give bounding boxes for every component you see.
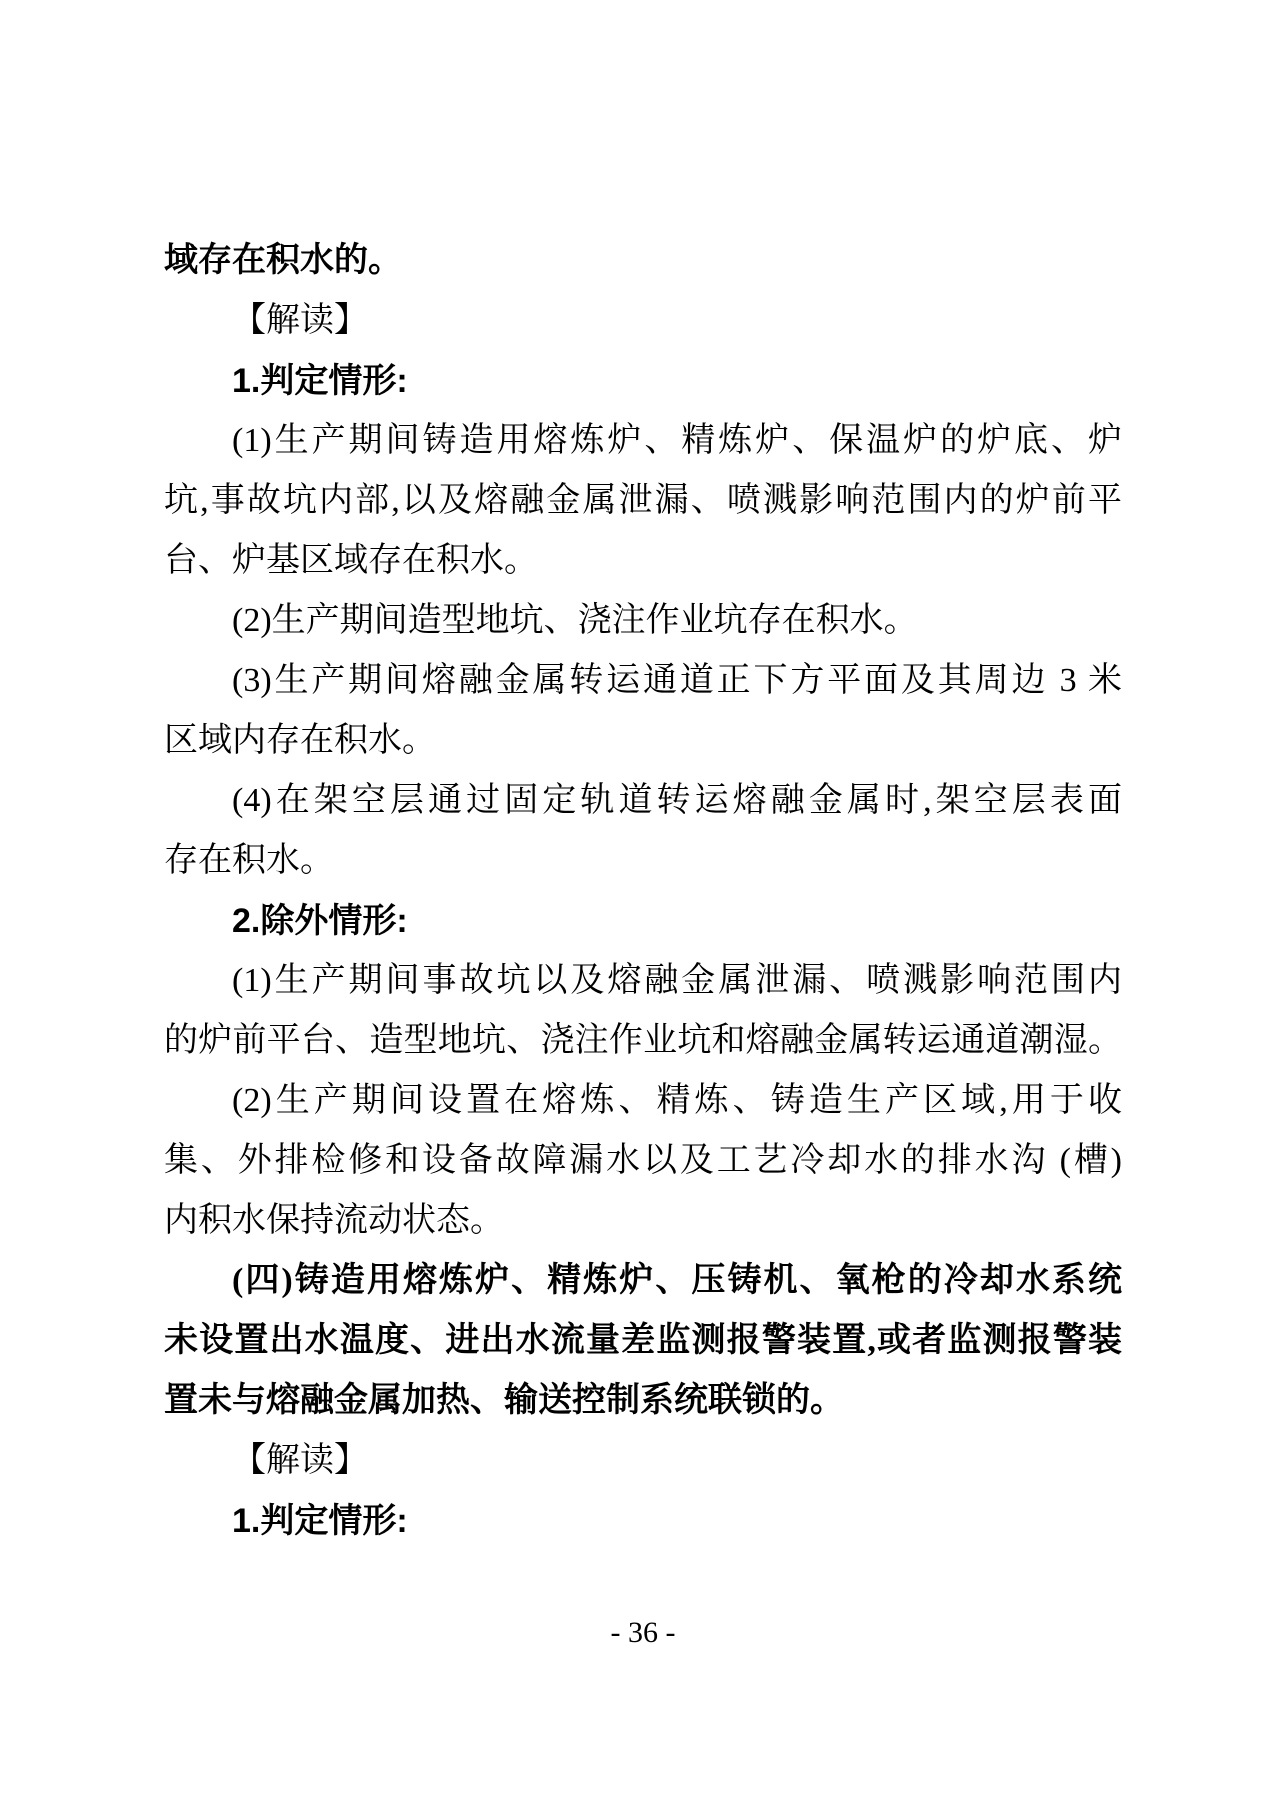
page-body: 域存在积水的。 【解读】 1.判定情形: (1)生产期间铸造用熔炼炉、精炼炉、保…: [164, 0, 1122, 1653]
clause-line: (1)生产期间事故坑以及熔融金属泄漏、喷溅影响范围内: [164, 951, 1122, 1011]
clause-line: (3)生产期间熔融金属转运通道正下方平面及其周边 3 米: [164, 651, 1122, 711]
bold-clause-line: (四)铸造用熔炼炉、精炼炉、压铸机、氧枪的冷却水系统: [164, 1251, 1122, 1311]
clause-line: (1)生产期间铸造用熔炼炉、精炼炉、保温炉的炉底、炉: [164, 411, 1122, 471]
clause-line: (2)生产期间设置在熔炼、精炼、铸造生产区域,用于收: [164, 1071, 1122, 1131]
bold-clause-line: 置未与熔融金属加热、输送控制系统联锁的。: [164, 1371, 1122, 1431]
clause-line: (2)生产期间造型地坑、浇注作业坑存在积水。: [164, 591, 1122, 651]
clause-line: 内积水保持流动状态。: [164, 1191, 1122, 1251]
page-number: - 36 -: [164, 1613, 1122, 1653]
interpretation-label: 【解读】: [164, 1431, 1122, 1491]
clause-line: 坑,事故坑内部,以及熔融金属泄漏、喷溅影响范围内的炉前平: [164, 471, 1122, 531]
clause-line: 存在积水。: [164, 831, 1122, 891]
clause-line: 集、外排检修和设备故障漏水以及工艺冷却水的排水沟 (槽): [164, 1131, 1122, 1191]
document-page: 域存在积水的。 【解读】 1.判定情形: (1)生产期间铸造用熔炼炉、精炼炉、保…: [0, 0, 1280, 1810]
clause-line: 台、炉基区域存在积水。: [164, 531, 1122, 591]
interpretation-label: 【解读】: [164, 291, 1122, 351]
section-heading-exception: 2.除外情形:: [164, 891, 1122, 951]
clause-line: 的炉前平台、造型地坑、浇注作业坑和熔融金属转运通道潮湿。: [164, 1011, 1122, 1071]
clause-line: (4)在架空层通过固定轨道转运熔融金属时,架空层表面: [164, 771, 1122, 831]
clause-line: 区域内存在积水。: [164, 711, 1122, 771]
section-heading-judge: 1.判定情形:: [164, 351, 1122, 411]
section-heading-judge: 1.判定情形:: [164, 1491, 1122, 1551]
bold-clause-line: 未设置出水温度、进出水流量差监测报警装置,或者监测报警装: [164, 1311, 1122, 1371]
bold-clause-tail-line: 域存在积水的。: [164, 231, 1122, 291]
